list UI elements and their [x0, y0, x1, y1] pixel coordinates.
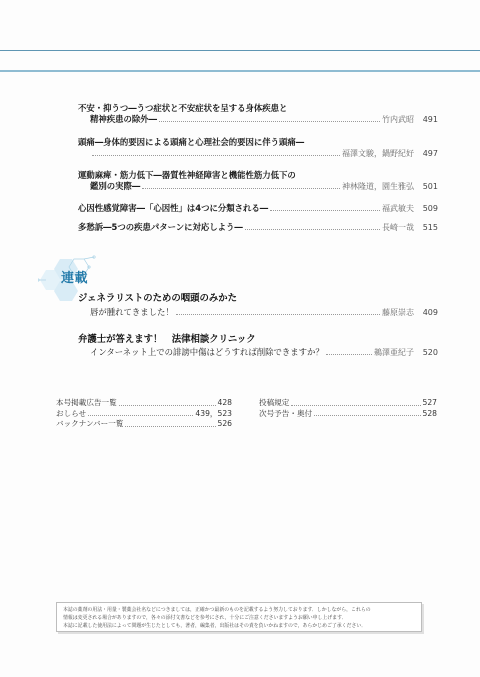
- toc-title: 頭痛―身体的要因による頭痛と心理社会的要因に伴う頭痛―: [78, 137, 304, 148]
- toc-title: 不安・抑うつ―うつ症状と不安症状を呈する身体疾患と: [78, 103, 287, 114]
- toc-page: 491: [414, 114, 438, 125]
- toc-page: 515: [414, 222, 438, 233]
- serial-label: 連載: [61, 267, 88, 286]
- misc-label: 投稿規定: [259, 398, 289, 409]
- misc-page: 439，523: [195, 409, 232, 420]
- dot-leader: [291, 404, 420, 406]
- serial-heading[interactable]: 弁護士が答えます！ 法律相談クリニック: [78, 331, 256, 345]
- toc-item[interactable]: 心因性感覚障害―「心因性」は4つに分類される― 福武敏夫 509: [78, 203, 438, 214]
- serial-page: 520: [414, 347, 438, 358]
- toc-title: 多愁訴―5つの疾患パターンに対応しよう―: [78, 222, 243, 233]
- toc-page: 509: [414, 203, 438, 214]
- dot-leader: [125, 425, 215, 427]
- toc-title-continued: 鑑別の実際―: [90, 181, 140, 192]
- misc-item[interactable]: 投稿規定 527: [259, 398, 437, 409]
- toc-author: 竹内武昭: [382, 114, 414, 125]
- serial-author: 鵜澤亜紀子: [374, 347, 414, 358]
- misc-page: 528: [423, 409, 438, 420]
- serial-page: 409: [414, 307, 438, 318]
- toc-author: 神林隆道，園生雅弘: [342, 181, 414, 192]
- serial-subtitle: 唇が腫れてきました！: [90, 307, 174, 318]
- toc-item[interactable]: 頭痛―身体的要因による頭痛と心理社会的要因に伴う頭痛― 福澤文駿，鍋野紀好 49…: [78, 137, 438, 159]
- dot-leader: [245, 228, 380, 230]
- dot-leader: [88, 414, 193, 416]
- dot-leader: [270, 209, 380, 211]
- misc-label: バックナンバー一覧: [56, 419, 123, 430]
- misc-item[interactable]: 本号掲載広告一覧 428: [56, 398, 232, 409]
- misc-label: 本号掲載広告一覧: [56, 398, 117, 409]
- misc-list-left: 本号掲載広告一覧 428 おしらせ 439，523 バックナンバー一覧 526: [56, 398, 232, 430]
- misc-label: 次号予告・奥付: [259, 409, 312, 420]
- toc-author: 福澤文駿，鍋野紀好: [342, 148, 414, 159]
- serial-subtitle: インターネット上での誹謗中傷はどうすれば削除できますか？: [90, 347, 324, 358]
- toc-title-continued: 精神疾患の除外―: [90, 114, 157, 125]
- serial-author: 藤原崇志: [382, 307, 414, 318]
- misc-label: おしらせ: [56, 409, 86, 420]
- serial-entry[interactable]: 唇が腫れてきました！ 藤原崇志 409: [90, 307, 438, 318]
- disclaimer-line: 本誌に記載した使用法によって問題が生じたとしても，著者，編集者，出版社はその責を…: [63, 622, 415, 630]
- disclaimer-box: 本誌の薬剤の用法・用量・製薬会社名などにつきましては，正確かつ最新のものを記載す…: [56, 602, 422, 632]
- dot-leader: [314, 414, 420, 416]
- misc-page: 428: [218, 398, 233, 409]
- toc-item[interactable]: 不安・抑うつ―うつ症状と不安症状を呈する身体疾患と 精神疾患の除外― 竹内武昭 …: [78, 103, 438, 125]
- misc-item[interactable]: 次号予告・奥付 528: [259, 409, 437, 420]
- dot-leader: [142, 187, 340, 189]
- toc-author: 長崎一哉: [382, 222, 414, 233]
- toc-item[interactable]: 多愁訴―5つの疾患パターンに対応しよう― 長崎一哉 515: [78, 222, 438, 233]
- dot-leader: [326, 353, 372, 355]
- misc-page: 526: [218, 419, 233, 430]
- dot-leader: [92, 154, 340, 156]
- toc-page: 497: [414, 148, 438, 159]
- toc-title: 心因性感覚障害―「心因性」は4つに分類される―: [78, 203, 268, 214]
- disclaimer-line: 情報は変更される場合がありますので，各々の添付文書などを参考にされ，十分にご注意…: [63, 614, 415, 622]
- toc-item[interactable]: 運動麻痺・筋力低下―器質性神経障害と機能性筋力低下の 鑑別の実際― 神林隆道，園…: [78, 170, 438, 192]
- serial-heading[interactable]: ジェネラリストのための咽頭のみかた: [78, 290, 237, 304]
- dot-leader: [159, 120, 380, 122]
- toc-title: 運動麻痺・筋力低下―器質性神経障害と機能性筋力低下の: [78, 170, 296, 181]
- dot-leader: [119, 404, 216, 406]
- toc-page: 501: [414, 181, 438, 192]
- misc-list-right: 投稿規定 527 次号予告・奥付 528: [259, 398, 437, 419]
- serial-entry[interactable]: インターネット上での誹謗中傷はどうすれば削除できますか？ 鵜澤亜紀子 520: [90, 347, 438, 358]
- toc-author: 福武敏夫: [382, 203, 414, 214]
- header-rule-top: [0, 50, 480, 51]
- dot-leader: [176, 313, 380, 315]
- header-rule-bottom: [0, 70, 480, 72]
- misc-item[interactable]: おしらせ 439，523: [56, 409, 232, 420]
- misc-item[interactable]: バックナンバー一覧 526: [56, 419, 232, 430]
- misc-page: 527: [423, 398, 438, 409]
- disclaimer-line: 本誌の薬剤の用法・用量・製薬会社名などにつきましては，正確かつ最新のものを記載す…: [63, 606, 415, 614]
